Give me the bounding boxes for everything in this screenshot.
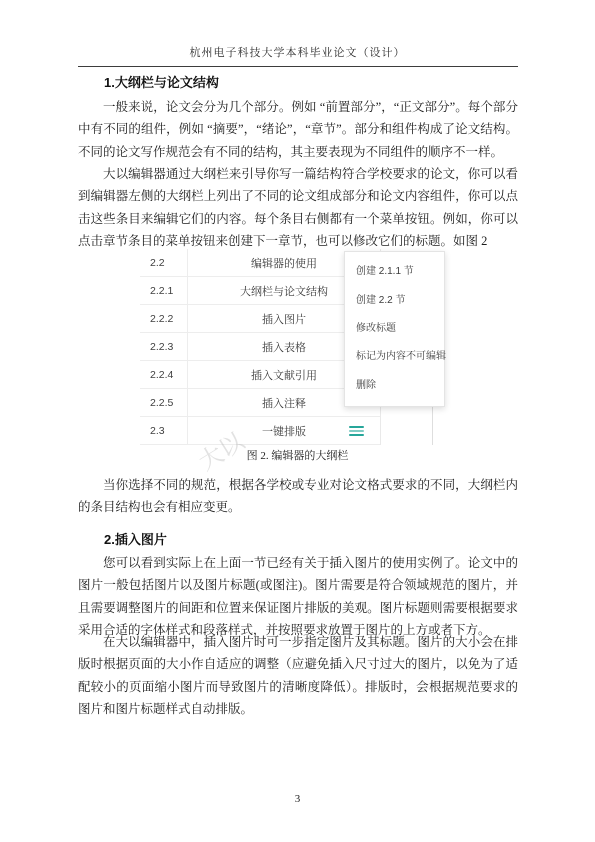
row-number: 2.2.3 <box>140 333 188 360</box>
section-2-heading: 2.插入图片 <box>104 529 167 548</box>
outline-row: 2.3 一键排版 <box>140 417 380 445</box>
document-page: 杭州电子科技大学本科毕业论文（设计） 1.大纲栏与论文结构 一般来说，论文会分为… <box>0 0 595 842</box>
figure-outline-panel: 2.2 编辑器的使用 2.2.1 大纲栏与论文结构 2.2.2 插入图片 2.2… <box>140 249 462 445</box>
paragraph-4: 您可以看到实际上在上面一节已经有关于插入图片的使用实例了。论文中的图片一般包括图… <box>78 552 518 642</box>
paragraph-5: 在大以编辑器中，插入图片时可一步指定图片及其标题。图片的大小会在排版时根据页面的… <box>78 631 518 721</box>
menu-item-delete: 删除 <box>345 379 444 393</box>
paragraph-3: 当你选择不同的规范，根据各学校或专业对论文格式要求的不同，大纲栏内的条目结构也会… <box>78 474 518 519</box>
paragraph-1: 一般来说，论文会分为几个部分。例如 “前置部分”，“正文部分”。每个部分中有不同… <box>78 96 518 163</box>
section-1-heading: 1.大纲栏与论文结构 <box>104 72 219 91</box>
row-number: 2.2.4 <box>140 361 188 388</box>
menu-item-mark-readonly: 标记为内容不可编辑 <box>345 350 444 364</box>
context-menu: 创建 2.1.1 节 创建 2.2 节 修改标题 标记为内容不可编辑 删除 <box>344 251 445 407</box>
row-number: 2.2 <box>140 249 188 276</box>
menu-item-create-section: 创建 2.2 节 <box>345 294 444 308</box>
figure-caption: 图 2. 编辑器的大纲栏 <box>0 447 595 463</box>
page-number: 3 <box>0 793 595 805</box>
paragraph-2: 大以编辑器通过大纲栏来引导你写一篇结构符合学校要求的论文，你可以看到编辑器左侧的… <box>78 163 518 253</box>
menu-item-rename: 修改标题 <box>345 322 444 336</box>
row-number: 2.2.2 <box>140 305 188 332</box>
format-list-icon <box>349 426 364 436</box>
page-header: 杭州电子科技大学本科毕业论文（设计） <box>0 44 595 60</box>
menu-item-create-subsection: 创建 2.1.1 节 <box>345 265 444 279</box>
row-number: 2.2.1 <box>140 277 188 304</box>
row-number: 2.2.5 <box>140 389 188 416</box>
row-number: 2.3 <box>140 417 188 444</box>
table-column-line <box>432 407 433 445</box>
header-rule <box>78 66 518 67</box>
